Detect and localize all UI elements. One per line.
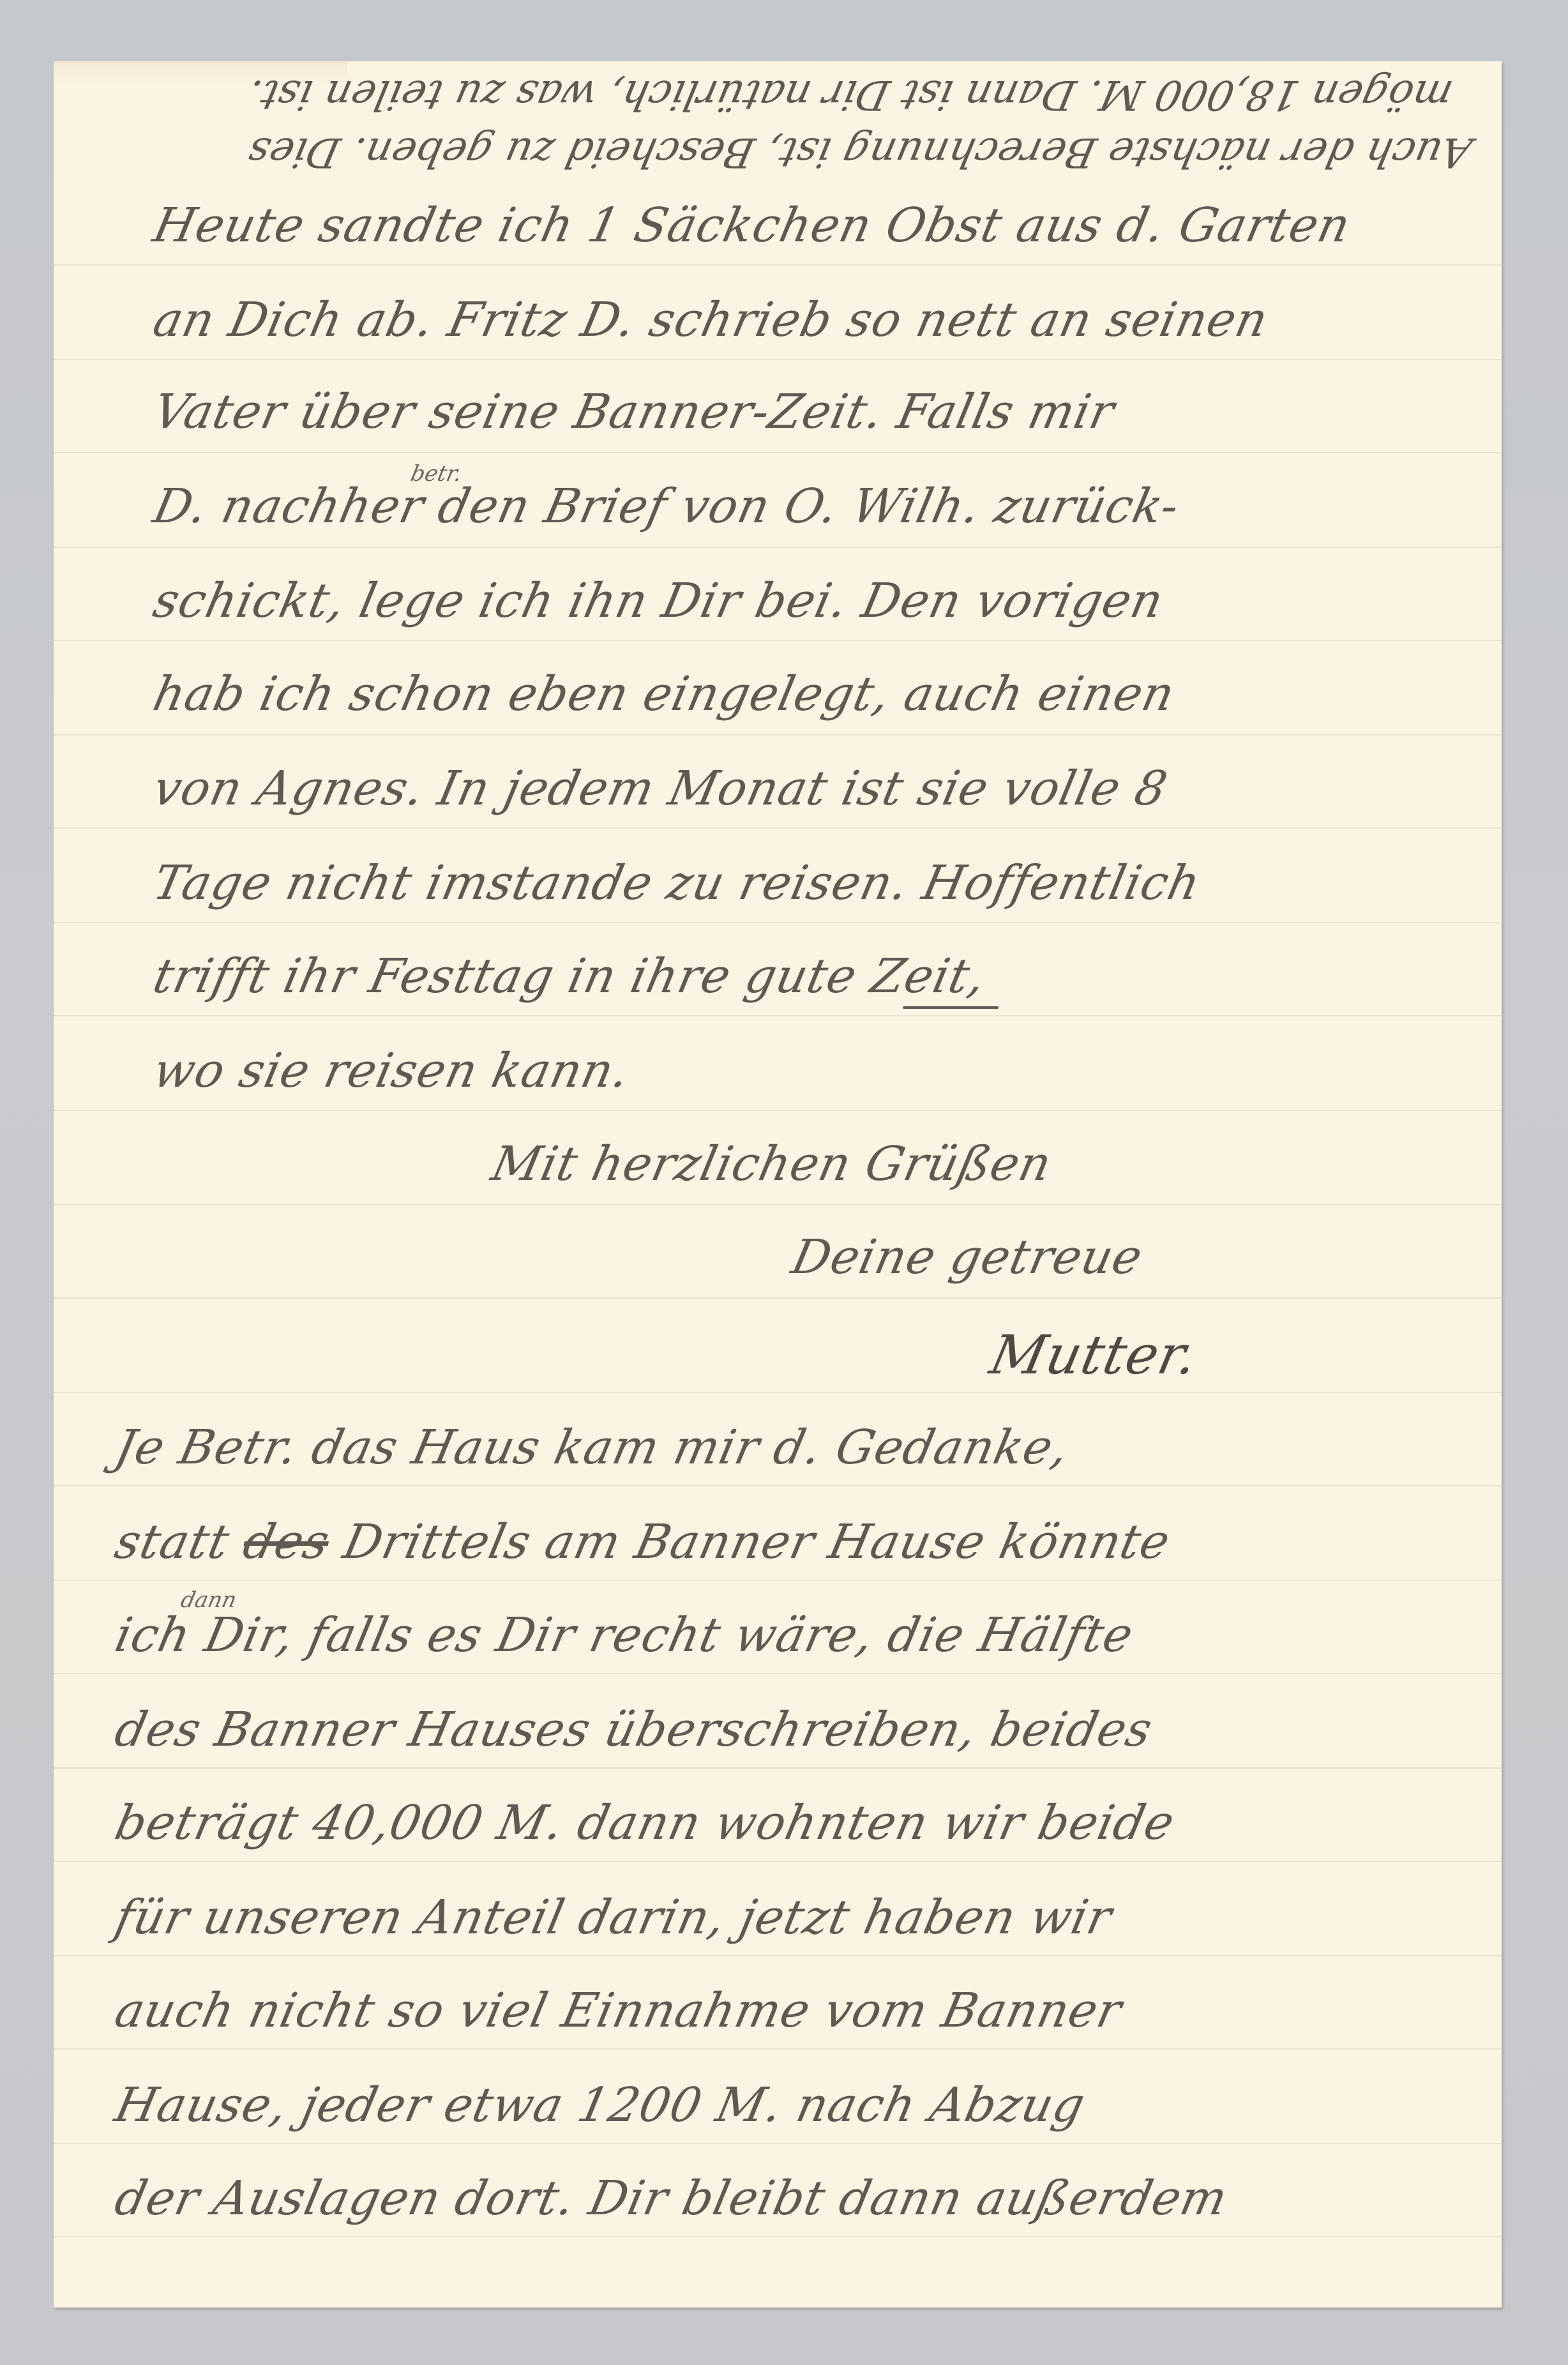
postscript-line: ich Dir, falls es Dir recht wäre, die Hä…	[111, 1612, 1138, 1659]
ruled-line	[54, 1485, 1502, 1486]
ruled-line	[54, 1861, 1502, 1862]
ruled-line	[54, 1110, 1502, 1111]
ruled-line	[54, 1204, 1502, 1205]
body-line: Heute sandte ich 1 Säckchen Obst aus d. …	[149, 202, 1355, 249]
ruled-line	[54, 1673, 1502, 1674]
postscript-word: statt	[110, 1515, 235, 1569]
signature: Mutter.	[986, 1328, 1203, 1382]
closing-greeting: Mit herzlichen Grüßen	[488, 1140, 1056, 1188]
upside-down-note-line: mögen 18,000 M. Dann ist Dir natürlich, …	[94, 74, 1456, 115]
ruled-line	[54, 2143, 1502, 2144]
postscript-line: der Auslagen dort. Dir bleibt dann außer…	[111, 2175, 1232, 2222]
letter-page: mögen 18,000 M. Dann ist Dir natürlich, …	[54, 61, 1502, 2308]
ruled-line	[54, 922, 1502, 923]
struck-word: des	[239, 1515, 335, 1569]
postscript-line: für unseren Anteil darin, jetzt haben wi…	[111, 1894, 1116, 1941]
closing-valediction: Deine getreue	[788, 1234, 1147, 1281]
ruled-line	[54, 1392, 1502, 1393]
postscript-line: des Banner Hauses überschreiben, beides	[111, 1706, 1156, 1753]
ruled-line	[54, 1767, 1502, 1769]
ruled-line	[54, 2236, 1502, 2237]
ruled-line	[54, 640, 1502, 641]
body-line: D. nachher den Brief von O. Wilh. zurück…	[149, 483, 1184, 530]
body-line: Vater über seine Banner-Zeit. Falls mir	[149, 388, 1119, 435]
body-line: wo sie reisen kann.	[149, 1047, 634, 1094]
ruled-line	[54, 1015, 1502, 1016]
ruled-line	[54, 827, 1502, 829]
ruled-line	[54, 2048, 1502, 2050]
body-line: trifft ihr Festtag in ihre gute Zeit,	[149, 953, 990, 1000]
postscript-word: Drittels am Banner Hause könnte	[338, 1515, 1175, 1569]
body-line: von Agnes. In jedem Monat ist sie volle …	[149, 765, 1172, 812]
body-line: Tage nicht imstande zu reisen. Hoffentli…	[149, 859, 1205, 907]
postscript-line: beträgt 40,000 M. dann wohnten wir beide	[111, 1799, 1179, 1847]
ruled-line	[54, 452, 1502, 453]
body-line: hab ich schon eben eingelegt, auch einen	[149, 670, 1179, 718]
ruled-line	[54, 359, 1502, 360]
underline-mark	[903, 1006, 999, 1009]
postscript-line: Je Betr. das Haus kam mir d. Gedanke,	[111, 1424, 1073, 1471]
ruled-line	[54, 1955, 1502, 1956]
ruled-line	[54, 1297, 1502, 1299]
postscript-line: Hause, jeder etwa 1200 M. nach Abzug	[111, 2082, 1089, 2129]
upside-down-note-line: Auch der nächste Berechnung ist, Beschei…	[75, 132, 1475, 172]
body-line: schickt, lege ich ihn Dir bei. Den vorig…	[149, 577, 1168, 624]
postscript-line: statt des Drittels am Banner Hause könnt…	[111, 1518, 1174, 1566]
ruled-line	[54, 547, 1502, 548]
ruled-line	[54, 734, 1502, 736]
postscript-line: auch nicht so viel Einnahme vom Banner	[111, 1987, 1126, 2034]
body-line: an Dich ab. Fritz D. schrieb so nett an …	[149, 296, 1272, 344]
ruled-line	[54, 1580, 1502, 1581]
ruled-line	[54, 264, 1502, 266]
